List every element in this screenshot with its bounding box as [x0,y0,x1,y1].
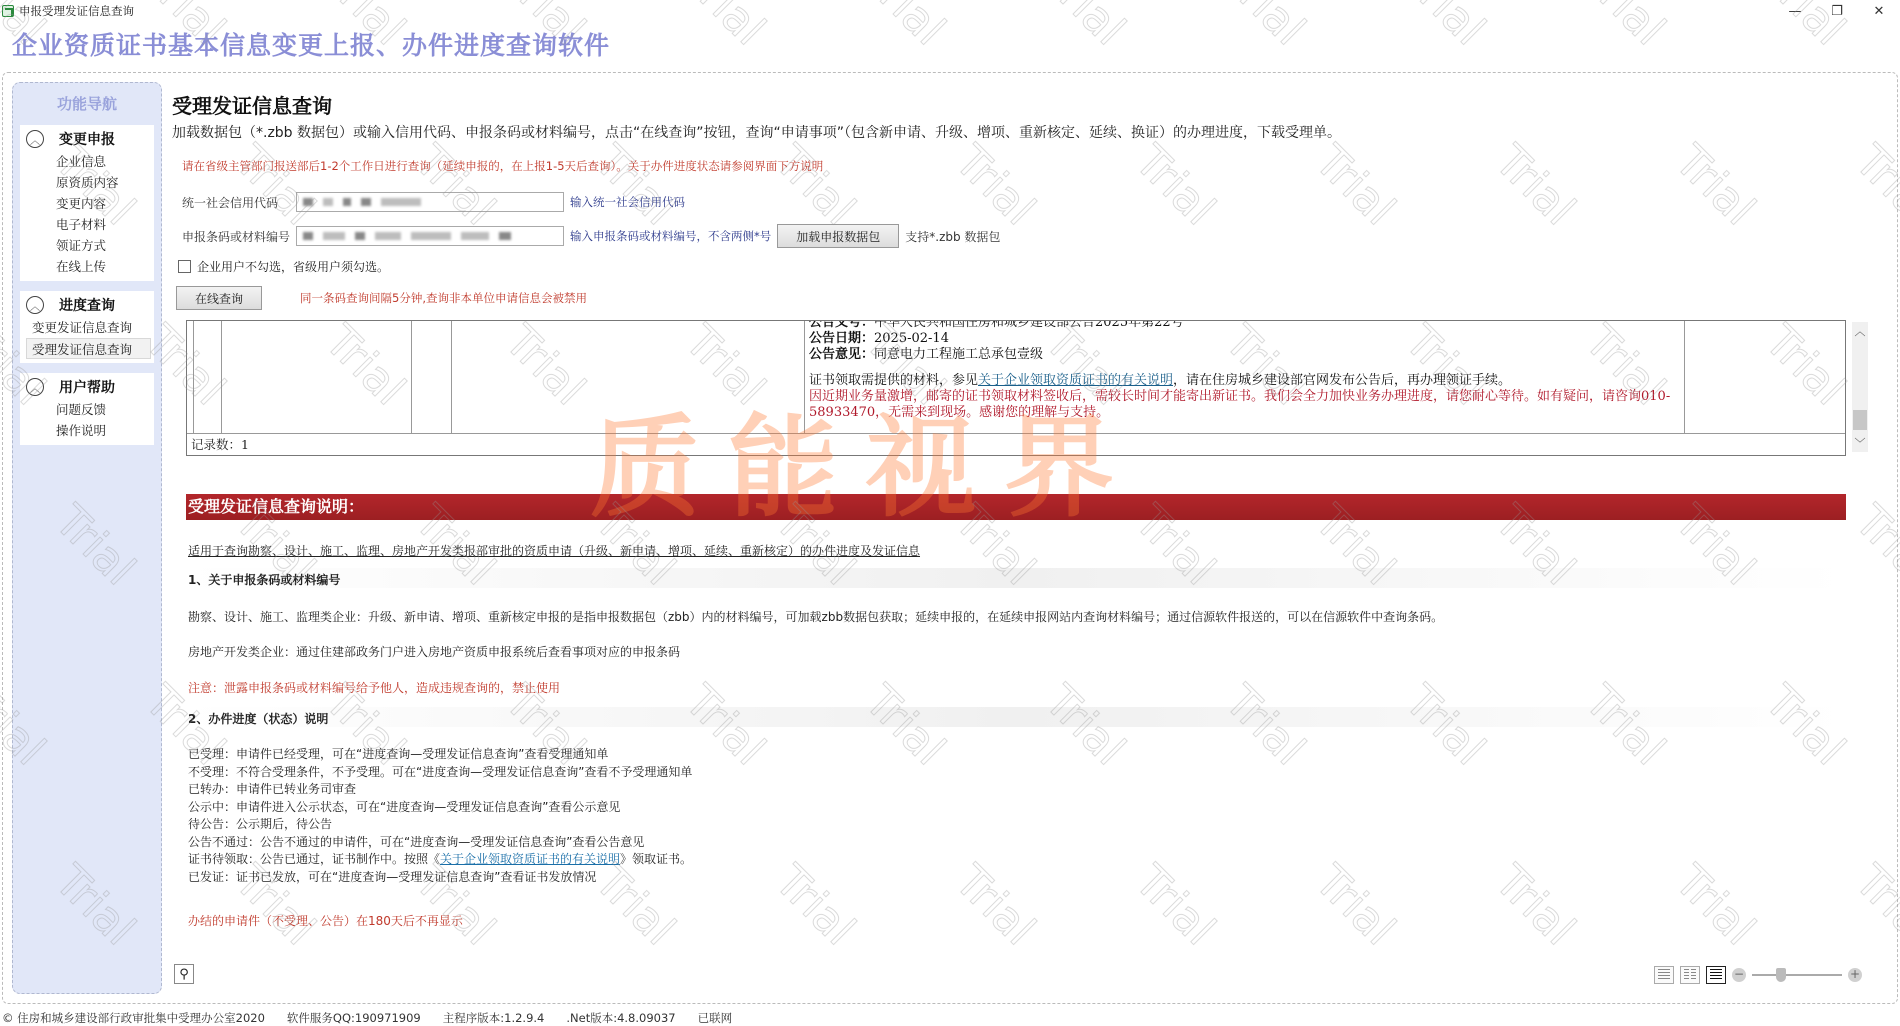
sidebar-item-instructions[interactable]: 操作说明 [20,420,154,441]
nav-group-user-help: ︿ 用户帮助 问题反馈 操作说明 [20,373,154,445]
cert-collection-link[interactable]: 关于企业领取资质证书的有关说明 [440,852,620,866]
scroll-thumb[interactable] [1853,410,1867,430]
sidebar-item-company-info[interactable]: 企业信息 [20,151,154,172]
status-announcement-failed: 公告不通过：公告不通过的申请件，可在“进度查询—受理发证信息查询”查看公告意见 [188,834,692,852]
nav-group-header-user-help[interactable]: ︿ 用户帮助 [20,375,154,399]
collect-info: 证书领取需提供的材料，参见关于企业领取资质证书的有关说明，请在住房城乡建设部官网… [809,373,1679,389]
credit-code-hint: 输入统一社会信用代码 [570,194,685,210]
results-grid: 公告文号：中华人民共和国住房和城乡建设部公告2025年第22号 公告日期：202… [186,320,1846,456]
load-package-button[interactable]: 加载申报数据包 [777,224,899,248]
query-row: 在线查询 同一条码查询间隔5分钟,查询非本单位申请信息会被禁用 [176,286,587,310]
table-row: 公告文号：中华人民共和国住房和城乡建设部公告2025年第22号 公告日期：202… [809,320,1679,421]
retention-note: 办结的申请件（不受理、公告）在180天后不再显示 [188,912,463,929]
page-title: 受理发证信息查询 [172,90,332,119]
nav-group-change-report: ︿ 变更申报 企业信息 原资质内容 变更内容 电子材料 领证方式 在线上传 [20,125,154,281]
help-scope: 适用于查询勘察、设计、施工、监理、房地产开发类报部审批的资质申请（升级、新申请、… [188,542,920,559]
nav-group-label: 进度查询 [59,295,115,315]
barcode-input[interactable] [296,226,564,246]
results-table: 公告文号：中华人民共和国住房和城乡建设部公告2025年第22号 公告日期：202… [187,321,1846,433]
section-bar [186,707,1846,727]
copyright: © 住房和城乡建设部行政审批集中受理办公室2020 [2,1010,265,1026]
close-button[interactable]: ✕ [1858,0,1900,22]
window-title: 申报受理发证信息查询 [19,3,134,19]
app-header: 企业资质证书基本信息变更上报、办件进度查询软件 [12,26,610,62]
help-section1-title: 1、关于申报条码或材料编号 [188,571,340,588]
collapse-up-icon[interactable]: ︿ [26,378,44,396]
zoom-slider[interactable] [1752,968,1842,982]
view-toolbar: − + [1654,966,1862,984]
main-content: 受理发证信息查询 加载数据包（*.zbb 数据包）或输入信用代码、申报条码或材料… [172,82,1892,994]
connection-status: 已联网 [698,1010,733,1026]
sidebar-item-change-content[interactable]: 变更内容 [20,193,154,214]
province-checkbox-row: 企业用户不勾选，省级用户须勾选。 [178,258,389,275]
help-section1-line2: 房地产开发类企业：通过住建部政务门户进入房地产资质申报系统后查看事项对应的申报条… [188,643,680,660]
collapse-up-icon[interactable]: ︿ [26,296,44,314]
status-awaiting-collection: 证书待领取：公告已通过，证书制作中。按照《关于企业领取资质证书的有关说明》领取证… [188,851,692,869]
net-version: .Net版本:4.8.09037 [566,1010,675,1026]
service-qq: 软件服务QQ:190971909 [287,1010,421,1026]
window-controls: — ❐ ✕ [1774,0,1900,22]
section-bar [186,568,1846,588]
status-publicizing: 公示中：申请件进入公示状态，可在“进度查询—受理发证信息查询”查看公示意见 [188,799,692,817]
status-issued: 已发证：证书已发放，可在“进度查询—受理发证信息查询”查看证书发放情况 [188,869,692,887]
magnifier-icon[interactable]: ⚲ [174,964,194,984]
main-version: 主程序版本:1.2.9.4 [443,1010,545,1026]
status-pending-announcement: 待公告：公示期后，待公告 [188,816,692,834]
status-transferred: 已转办：申请件已转业务司审查 [188,781,692,799]
help-section2-title: 2、办件进度（状态）说明 [188,710,328,727]
nav-group-label: 用户帮助 [59,377,115,397]
help-banner: 受理发证信息查询说明： [186,494,1846,520]
sidebar-item-change-cert-query[interactable]: 变更发证信息查询 [20,317,154,338]
barcode-row: 申报条码或材料编号 输入申报条码或材料编号，不含两侧*号 加载申报数据包 支持*… [182,224,1000,248]
continuous-view-icon[interactable] [1706,966,1726,984]
results-scrollbar[interactable]: ︿ ﹀ [1852,322,1868,452]
delay-notice: 因近期业务量激增，邮寄的证书领取材料签收后，需较长时间才能寄出新证书。我们会全力… [809,389,1679,421]
sidebar-item-collection-method[interactable]: 领证方式 [20,235,154,256]
nav-group-label: 变更申报 [59,129,115,149]
title-bar: 申报受理发证信息查询 — ❐ ✕ [0,0,1900,22]
scroll-down-icon[interactable]: ﹀ [1852,434,1868,452]
nav-group-progress-query: ︿ 进度查询 变更发证信息查询 受理发证信息查询 [20,291,154,363]
announcement-opinion: 公告意见：同意电力工程施工总承包壹级 [809,347,1679,363]
zoom-slider-thumb[interactable] [1776,968,1786,982]
credit-code-row: 统一社会信用代码 输入统一社会信用代码 [182,192,685,212]
status-bar: © 住房和城乡建设部行政审批集中受理办公室2020 软件服务QQ:1909719… [0,1010,1900,1026]
barcode-hint: 输入申报条码或材料编号，不含两侧*号 [570,228,771,244]
sidebar: 功能导航 ︿ 变更申报 企业信息 原资质内容 变更内容 电子材料 领证方式 在线… [12,82,162,994]
record-count: 记录数：1 [191,435,249,453]
sidebar-item-original-qualification[interactable]: 原资质内容 [20,172,154,193]
query-warning: 同一条码查询间隔5分钟,查询非本单位申请信息会被禁用 [300,290,587,306]
sidebar-item-online-upload[interactable]: 在线上传 [20,256,154,277]
sidebar-item-electronic-materials[interactable]: 电子材料 [20,214,154,235]
load-support-text: 支持*.zbb 数据包 [905,228,1000,245]
sidebar-item-feedback[interactable]: 问题反馈 [20,399,154,420]
minimize-button[interactable]: — [1774,0,1816,22]
sidebar-title: 功能导航 [13,93,161,119]
help-section1-line1: 勘察、设计、施工、监理类企业：升级、新申请、增项、重新核定申报的是指申报数据包（… [188,608,1443,625]
province-checkbox-label: 企业用户不勾选，省级用户须勾选。 [197,258,389,275]
nav-group-header-change-report[interactable]: ︿ 变更申报 [20,127,154,151]
zoom-out-icon[interactable]: − [1732,968,1746,982]
query-timing-notice: 请在省级主管部门报送部后1-2个工作日进行查询（延续申报的，在上报1-5天后查询… [182,158,823,174]
scroll-up-icon[interactable]: ︿ [1852,322,1868,340]
help-section1-warning: 注意：泄露申报条码或材料编号给予他人，造成违规查询的，禁止使用 [188,679,560,696]
collapse-up-icon[interactable]: ︿ [26,130,44,148]
online-query-button[interactable]: 在线查询 [176,286,262,310]
restore-button[interactable]: ❐ [1816,0,1858,22]
status-list: 已受理：申请件已经受理，可在“进度查询—受理发证信息查询”查看受理通知单 不受理… [188,746,692,886]
zoom-in-icon[interactable]: + [1848,968,1862,982]
province-user-checkbox[interactable] [178,260,191,273]
page-description: 加载数据包（*.zbb 数据包）或输入信用代码、申报条码或材料编号，点击“在线查… [172,122,1341,142]
app-icon [2,5,14,17]
single-page-view-icon[interactable] [1654,966,1674,984]
announcement-no: 公告文号：中华人民共和国住房和城乡建设部公告2025年第22号 [809,320,1679,331]
two-page-view-icon[interactable] [1680,966,1700,984]
status-accepted: 已受理：申请件已经受理，可在“进度查询—受理发证信息查询”查看受理通知单 [188,746,692,764]
status-rejected: 不受理：不符合受理条件，不予受理。可在“进度查询—受理发证信息查询”查看不予受理… [188,764,692,782]
credit-code-input[interactable] [296,192,564,212]
cert-collection-link[interactable]: 关于企业领取资质证书的有关说明 [978,373,1173,388]
announcement-date: 公告日期：2025-02-14 [809,331,1679,347]
credit-code-label: 统一社会信用代码 [182,194,296,211]
barcode-label: 申报条码或材料编号 [182,228,296,245]
sidebar-item-acceptance-cert-query[interactable]: 受理发证信息查询 [26,338,151,359]
nav-group-header-progress-query[interactable]: ︿ 进度查询 [20,293,154,317]
